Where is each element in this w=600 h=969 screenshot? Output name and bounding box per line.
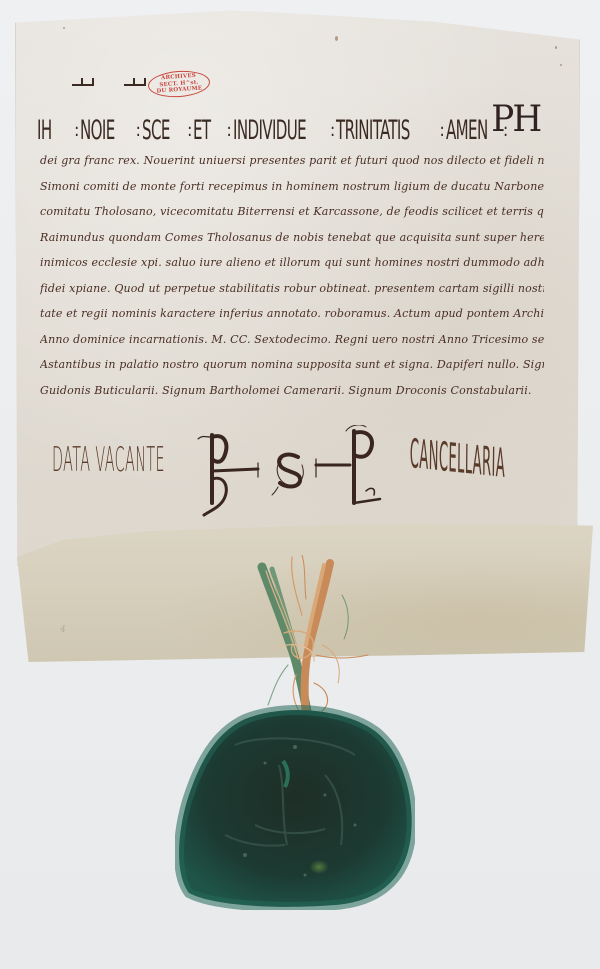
ph-initial: PH — [491, 99, 540, 140]
photo-background: ARCHIVES SECT. H^st. DU ROYAUME IH : NOI… — [0, 0, 600, 969]
invocation-word: SCE — [142, 115, 170, 147]
separator: : — [439, 120, 444, 141]
invocation-word: NOIE — [80, 115, 115, 147]
separator: : — [135, 120, 140, 141]
text-line: Anno dominice incarnationis. M. CC. Sext… — [40, 327, 544, 353]
data-vacante-text: DATA VACANTE — [52, 440, 165, 480]
text-line: Simoni comiti de monte forti recepimus i… — [40, 174, 544, 200]
text-line: comitatu Tholosano, vicecomitatu Biterre… — [40, 199, 544, 225]
invocation-word: TRINITATIS — [336, 115, 410, 147]
royal-monogram — [190, 425, 390, 525]
plica-annotation: 4 — [60, 625, 66, 635]
green-wax-seal — [175, 705, 415, 910]
separator: : — [330, 120, 335, 141]
separator: : — [74, 120, 79, 141]
text-line: Guidonis Buticularii. Signum Bartholomei… — [40, 378, 544, 404]
text-line: Astantibus in palatio nostro quorum nomi… — [40, 352, 544, 378]
invocation-line: IH : NOIE : SCE : ET : INDIVIDUE : TRINI… — [37, 97, 562, 147]
silk-cords — [232, 555, 372, 720]
text-line: fidei xpiane. Quod ut perpetue stabilita… — [40, 276, 544, 302]
abbreviation-mark — [124, 84, 146, 94]
invocation-word: AMEN — [446, 115, 488, 147]
invocation-word: ET — [193, 115, 210, 147]
text-line: tate et regii nominis karactere inferius… — [40, 301, 544, 327]
text-line: inimicos ecclesie xpi. saluo iure alieno… — [40, 250, 544, 276]
cancellaria-text: CANCELLARIA — [409, 432, 505, 486]
invocation-word: INDIVIDUE — [233, 115, 306, 147]
text-line: dei gra franc rex. Nouerint uniuersi pre… — [40, 148, 544, 174]
separator: : — [187, 120, 192, 141]
text-line: Raimundus quondam Comes Tholosanus de no… — [40, 225, 544, 251]
separator: : — [226, 120, 231, 141]
abbreviation-mark — [72, 84, 94, 94]
charter-body: dei gra franc rex. Nouerint uniuersi pre… — [40, 148, 565, 403]
invocation-word: IH — [37, 115, 52, 147]
